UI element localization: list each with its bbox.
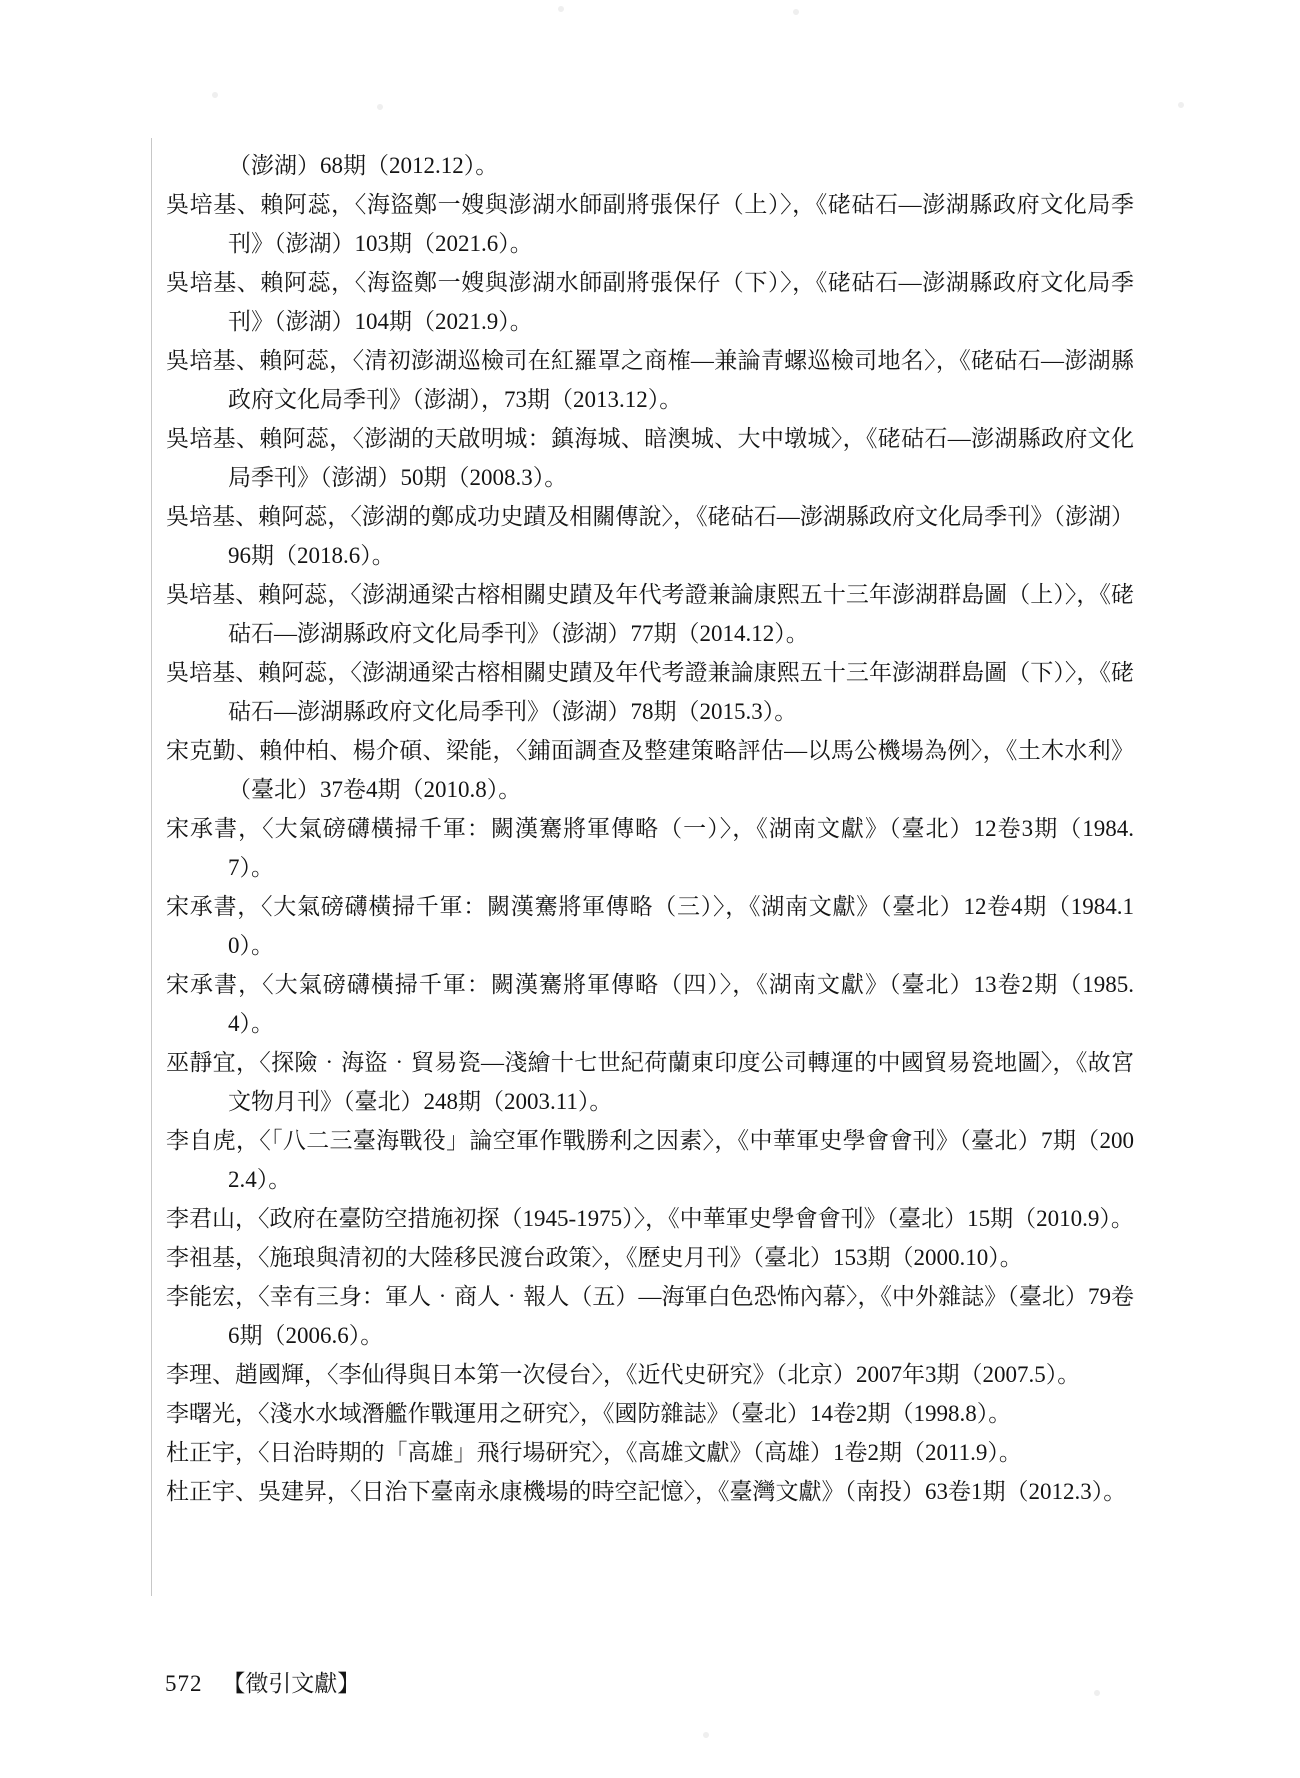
bibliography-entry-text: 李自虎，〈「八二三臺海戰役」論空軍作戰勝利之因素〉，《中華軍史學會會刊》（臺北）… [166,1128,1134,1192]
bibliography-entry-text: 李理、趙國輝，〈李仙得與日本第一次侵台〉，《近代史研究》（北京）2007年3期（… [166,1362,1080,1387]
bibliography-entry: 宋克勤、賴仲柏、楊介碩、梁能，〈鋪面調查及整建策略評估—以馬公機場為例〉，《土木… [166,731,1134,809]
bibliography-entry: 杜正宇、吳建昇，〈日治下臺南永康機場的時空記憶〉，《臺灣文獻》（南投）63卷1期… [166,1472,1134,1511]
scan-noise-speck [793,9,799,15]
bibliography-entry-text: 吳培基、賴阿蕊，〈澎湖的天啟明城：鎮海城、暗澳城、大中墩城〉，《硓𥑮石—澎湖縣政… [166,426,1134,490]
bibliography-entry-text: 杜正宇、吳建昇，〈日治下臺南永康機場的時空記憶〉，《臺灣文獻》（南投）63卷1期… [166,1479,1126,1504]
bibliography-entry-text: 宋承書，〈大氣磅礴橫掃千軍：闕漢騫將軍傳略（三）〉，《湖南文獻》（臺北）12卷4… [166,894,1134,958]
scan-noise-speck [212,92,218,98]
bibliography-entry: 李理、趙國輝，〈李仙得與日本第一次侵台〉，《近代史研究》（北京）2007年3期（… [166,1355,1134,1394]
bibliography-entry-text: 李君山，〈政府在臺防空措施初探（1945-1975）〉，《中華軍史學會會刊》（臺… [166,1206,1134,1231]
bibliography-entry: 杜正宇，〈日治時期的「高雄」飛行場研究〉，《高雄文獻》（高雄）1卷2期（2011… [166,1433,1134,1472]
bibliography-entry: 吳培基、賴阿蕊，〈澎湖通梁古榕相關史蹟及年代考證兼論康熙五十三年澎湖群島圖（上）… [166,575,1134,653]
bibliography-entry: 李能宏，〈幸有三身：軍人‧商人‧報人（五）—海軍白色恐怖內幕〉，《中外雜誌》（臺… [166,1277,1134,1355]
bibliography-entry-text: 宋克勤、賴仲柏、楊介碩、梁能，〈鋪面調查及整建策略評估—以馬公機場為例〉，《土木… [166,738,1134,802]
page-fold-line [151,138,152,1596]
bibliography-entry: 李祖基，〈施琅與清初的大陸移民渡台政策〉，《歷史月刊》（臺北）153期（2000… [166,1238,1134,1277]
bibliography-entry: 李曙光，〈淺水水域潛艦作戰運用之研究〉，《國防雜誌》（臺北）14卷2期（1998… [166,1394,1134,1433]
bibliography-entry-text: 宋承書，〈大氣磅礴橫掃千軍：闕漢騫將軍傳略（一）〉，《湖南文獻》（臺北）12卷3… [166,816,1134,880]
bibliography-entry-text: 吳培基、賴阿蕊，〈澎湖通梁古榕相關史蹟及年代考證兼論康熙五十三年澎湖群島圖（上）… [166,582,1134,646]
bibliography-entry-text: 吳培基、賴阿蕊，〈澎湖通梁古榕相關史蹟及年代考證兼論康熙五十三年澎湖群島圖（下）… [166,660,1134,724]
bibliography-entry-text: （澎湖）68期（2012.12）。 [228,153,498,178]
bibliography-entry: 李自虎，〈「八二三臺海戰役」論空軍作戰勝利之因素〉，《中華軍史學會會刊》（臺北）… [166,1121,1134,1199]
bibliography-entry: 宋承書，〈大氣磅礴橫掃千軍：闕漢騫將軍傳略（四）〉，《湖南文獻》（臺北）13卷2… [166,965,1134,1043]
bibliography-entry-text: 李曙光，〈淺水水域潛艦作戰運用之研究〉，《國防雜誌》（臺北）14卷2期（1998… [166,1401,1011,1426]
bibliography-entry-text: 吳培基、賴阿蕊，〈海盜鄭一嫂與澎湖水師副將張保仔（下）〉，《硓𥑮石—澎湖縣政府文… [166,270,1134,334]
scan-noise-speck [703,1732,709,1738]
bibliography-entry: 吳培基、賴阿蕊，〈澎湖的鄭成功史蹟及相關傳說〉，《硓𥑮石—澎湖縣政府文化局季刊》… [166,497,1134,575]
footer-section-label: 【徵引文獻】 [222,1671,360,1696]
bibliography-entry: 吳培基、賴阿蕊，〈海盜鄭一嫂與澎湖水師副將張保仔（上）〉，《硓𥑮石—澎湖縣政府文… [166,185,1134,263]
bibliography-entry: 李君山，〈政府在臺防空措施初探（1945-1975）〉，《中華軍史學會會刊》（臺… [166,1199,1134,1238]
scan-noise-speck [377,104,383,110]
bibliography-entry-text: 巫靜宜，〈探險‧海盜‧貿易瓷—淺繪十七世紀荷蘭東印度公司轉運的中國貿易瓷地圖〉，… [166,1050,1134,1114]
bibliography-entry: 宋承書，〈大氣磅礴橫掃千軍：闕漢騫將軍傳略（三）〉，《湖南文獻》（臺北）12卷4… [166,887,1134,965]
page-number: 572 [165,1671,203,1696]
bibliography-entry: 吳培基、賴阿蕊，〈澎湖通梁古榕相關史蹟及年代考證兼論康熙五十三年澎湖群島圖（下）… [166,653,1134,731]
bibliography-list: （澎湖）68期（2012.12）。吳培基、賴阿蕊，〈海盜鄭一嫂與澎湖水師副將張保… [166,146,1134,1511]
bibliography-entry-text: 吳培基、賴阿蕊，〈海盜鄭一嫂與澎湖水師副將張保仔（上）〉，《硓𥑮石—澎湖縣政府文… [166,192,1134,256]
scan-noise-speck [1094,1690,1100,1696]
bibliography-entry: 巫靜宜，〈探險‧海盜‧貿易瓷—淺繪十七世紀荷蘭東印度公司轉運的中國貿易瓷地圖〉，… [166,1043,1134,1121]
scan-noise-speck [1178,102,1184,108]
bibliography-entry: 吳培基、賴阿蕊，〈海盜鄭一嫂與澎湖水師副將張保仔（下）〉，《硓𥑮石—澎湖縣政府文… [166,263,1134,341]
scan-noise-speck [558,6,564,12]
bibliography-entry-text: 吳培基、賴阿蕊，〈澎湖的鄭成功史蹟及相關傳說〉，《硓𥑮石—澎湖縣政府文化局季刊》… [166,504,1134,568]
bibliography-entry: 吳培基、賴阿蕊，〈澎湖的天啟明城：鎮海城、暗澳城、大中墩城〉，《硓𥑮石—澎湖縣政… [166,419,1134,497]
bibliography-entry-text: 吳培基、賴阿蕊，〈清初澎湖巡檢司在紅羅罩之商榷—兼論青螺巡檢司地名〉，《硓𥑮石—… [166,348,1134,412]
scanned-book-page: （澎湖）68期（2012.12）。吳培基、賴阿蕊，〈海盜鄭一嫂與澎湖水師副將張保… [0,0,1300,1778]
bibliography-entry: 吳培基、賴阿蕊，〈清初澎湖巡檢司在紅羅罩之商榷—兼論青螺巡檢司地名〉，《硓𥑮石—… [166,341,1134,419]
bibliography-entry: 宋承書，〈大氣磅礴橫掃千軍：闕漢騫將軍傳略（一）〉，《湖南文獻》（臺北）12卷3… [166,809,1134,887]
page-footer: 572 【徵引文獻】 [165,1664,360,1703]
bibliography-entry-text: 李能宏，〈幸有三身：軍人‧商人‧報人（五）—海軍白色恐怖內幕〉，《中外雜誌》（臺… [166,1284,1134,1348]
bibliography-entry-text: 李祖基，〈施琅與清初的大陸移民渡台政策〉，《歷史月刊》（臺北）153期（2000… [166,1245,1023,1270]
bibliography-entry: （澎湖）68期（2012.12）。 [166,146,1134,185]
bibliography-entry-text: 杜正宇，〈日治時期的「高雄」飛行場研究〉，《高雄文獻》（高雄）1卷2期（2011… [166,1440,1022,1465]
bibliography-entry-text: 宋承書，〈大氣磅礴橫掃千軍：闕漢騫將軍傳略（四）〉，《湖南文獻》（臺北）13卷2… [166,972,1134,1036]
